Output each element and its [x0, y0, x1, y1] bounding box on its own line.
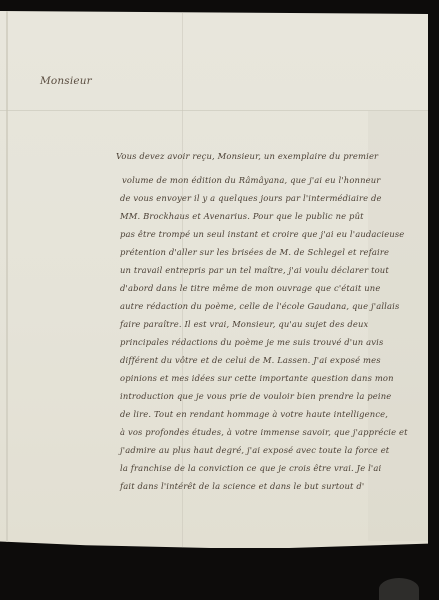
- letter-line-10: faire paraître. Il est vrai, Monsieur, q…: [120, 319, 368, 329]
- page-edge-fold: [6, 11, 8, 549]
- document-scan: Monsieur Vous devez avoir reçu, Monsieur…: [0, 0, 439, 600]
- letter-line-16: à vos profondes études, à votre immense …: [120, 427, 408, 437]
- letter-line-5: pas être trompé un seul instant et croir…: [120, 229, 404, 239]
- letter-line-6: prétention d'aller sur les brisées de M.…: [120, 247, 389, 257]
- letter-line-8: d'abord dans le titre même de mon ouvrag…: [120, 283, 380, 293]
- letter-line-17: j'admire au plus haut degré, j'ai exposé…: [120, 445, 389, 455]
- letter-line-1: Vous devez avoir reçu, Monsieur, un exem…: [116, 151, 378, 161]
- letter-line-7: un travail entrepris par un tel maître, …: [120, 265, 389, 275]
- letter-line-14: introduction que je vous prie de vouloir…: [120, 391, 391, 401]
- letter-line-12: différent du vôtre et de celui de M. Las…: [120, 355, 381, 365]
- letter-line-19: fait dans l'intérêt de la science et dan…: [120, 481, 364, 491]
- letter-line-4: MM. Brockhaus et Avenarius. Pour que le …: [120, 211, 364, 221]
- horizontal-fold-crease: [0, 110, 428, 111]
- letter-line-3: de vous envoyer il y a quelques jours pa…: [120, 193, 382, 203]
- letter-line-18: la franchise de la conviction ce que je …: [120, 463, 381, 473]
- scan-artifact: [379, 578, 419, 600]
- letter-line-9: autre rédaction du poème, celle de l'éco…: [120, 301, 399, 311]
- letter-page: Monsieur Vous devez avoir reçu, Monsieur…: [0, 11, 428, 549]
- letter-line-13: opinions et mes idées sur cette importan…: [120, 373, 394, 383]
- letter-line-2: volume de mon édition du Râmâyana, que j…: [122, 175, 380, 185]
- letter-line-11: principales rédactions du poème je me su…: [120, 337, 383, 347]
- letter-line-15: de lire. Tout en rendant hommage à votre…: [120, 409, 388, 419]
- scan-background: [0, 548, 439, 600]
- salutation: Monsieur: [40, 75, 92, 87]
